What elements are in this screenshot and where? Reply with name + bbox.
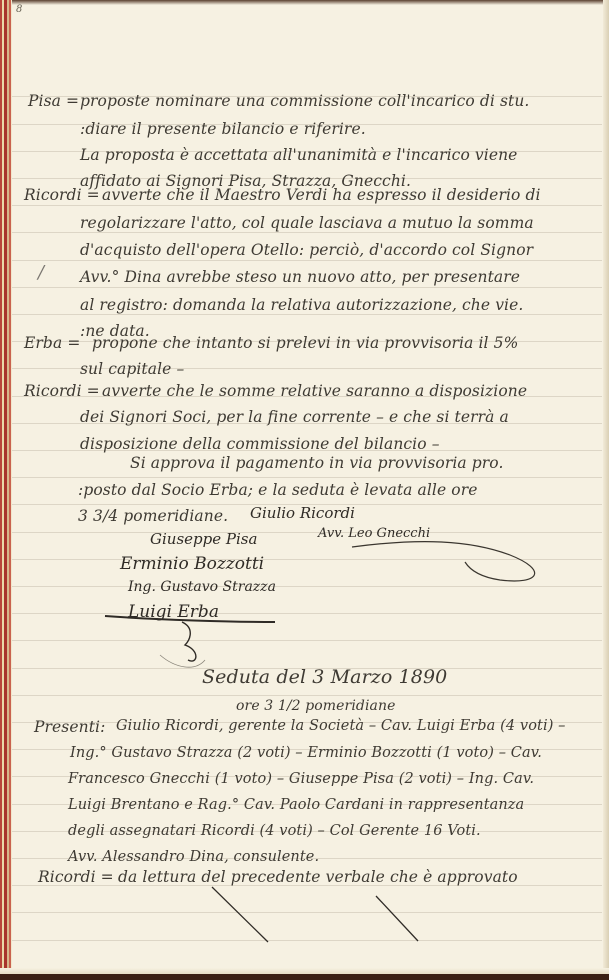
minutes-line: da lettura del precedente verbale che è …: [118, 868, 518, 886]
present-line: Francesco Gnecchi (1 voto) – Giuseppe Pi…: [68, 771, 534, 787]
ledger-page: 8 Pisa = proposte nominare una commissio…: [0, 0, 609, 980]
session-title: Seduta del 3 Marzo 1890: [202, 666, 447, 688]
present-line: degli assegnatari Ricordi (4 voti) – Col…: [68, 823, 481, 839]
page-bottom-edge: [0, 974, 609, 980]
present-line: Giulio Ricordi, gerente la Società – Cav…: [116, 718, 566, 734]
present-line: Avv. Alessandro Dina, consulente.: [68, 849, 319, 865]
present-label: Presenti:: [34, 718, 105, 736]
present-line: Ing.° Gustavo Strazza (2 voti) – Erminio…: [70, 745, 542, 761]
present-line: Luigi Brentano e Rag.° Cav. Paolo Cardan…: [68, 797, 524, 813]
session-time: ore 3 1/2 pomeridiane: [236, 698, 396, 714]
speaker-ricordi: Ricordi =: [38, 868, 114, 886]
